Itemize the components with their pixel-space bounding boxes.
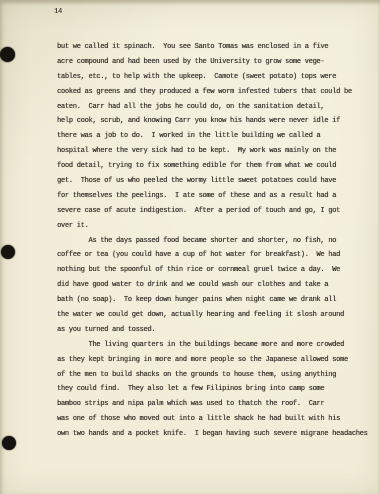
typewritten-line: was one of those who moved out into a li… [57, 412, 369, 427]
typewritten-line: The living quarters in the buildings bec… [57, 338, 369, 353]
typewritten-line: help cook, scrub, and knowing Carr you k… [57, 114, 369, 129]
typewritten-line: food detail, trying to fix something edi… [57, 159, 369, 174]
hole-punch-dot [1, 245, 15, 259]
typewritten-line: they could find. They also let a few Fil… [57, 382, 369, 397]
typewritten-line: bamboo strips and nipa palm which was us… [57, 397, 369, 412]
typewritten-line: bath (no soap). To keep down hunger pain… [57, 293, 369, 308]
typewritten-line: acre compound and had been used by the U… [57, 55, 369, 70]
typewritten-line: for themselves the peelings. I ate some … [57, 189, 369, 204]
typewritten-line: eaten. Carr had all the jobs he could do… [57, 100, 369, 115]
typewritten-line: did have good water to drink and we coul… [57, 278, 369, 293]
typewritten-line: cooked as greens and they produced a few… [57, 85, 369, 100]
typewritten-line: own two hands and a pocket knife. I bega… [57, 427, 369, 442]
typewritten-line: As the days passed food became shorter a… [57, 234, 369, 249]
typewritten-line: of the men to build shacks on the ground… [57, 368, 369, 383]
typewritten-manuscript-page: 14 but we called it spinach. You see San… [0, 0, 380, 494]
typewritten-line: get. Those of us who peeled the wormy li… [57, 174, 369, 189]
page-number: 14 [54, 8, 62, 16]
typewritten-line: tables, etc., to help with the upkeep. C… [57, 70, 369, 85]
typewritten-line: nothing but the spoonful of thin rice or… [57, 263, 369, 278]
typewritten-line: coffee or tea (you could have a cup of h… [57, 248, 369, 263]
hole-punch-dot [0, 47, 15, 62]
hole-punch-dot [2, 436, 16, 450]
typewritten-line: hospital where the very sick had to be k… [57, 144, 369, 159]
typewritten-text-block: but we called it spinach. You see Santo … [57, 40, 369, 442]
typewritten-line: over it. [57, 219, 369, 234]
typewritten-line: there was a job to do. I worked in the l… [57, 129, 369, 144]
typewritten-line: as they kept bringing in more and more p… [57, 353, 369, 368]
typewritten-line: but we called it spinach. You see Santo … [57, 40, 369, 55]
typewritten-line: the water we could get down, actually he… [57, 308, 369, 323]
typewritten-line: as you turned and tossed. [57, 323, 369, 338]
typewritten-line: severe case of acute indigestion. After … [57, 204, 369, 219]
